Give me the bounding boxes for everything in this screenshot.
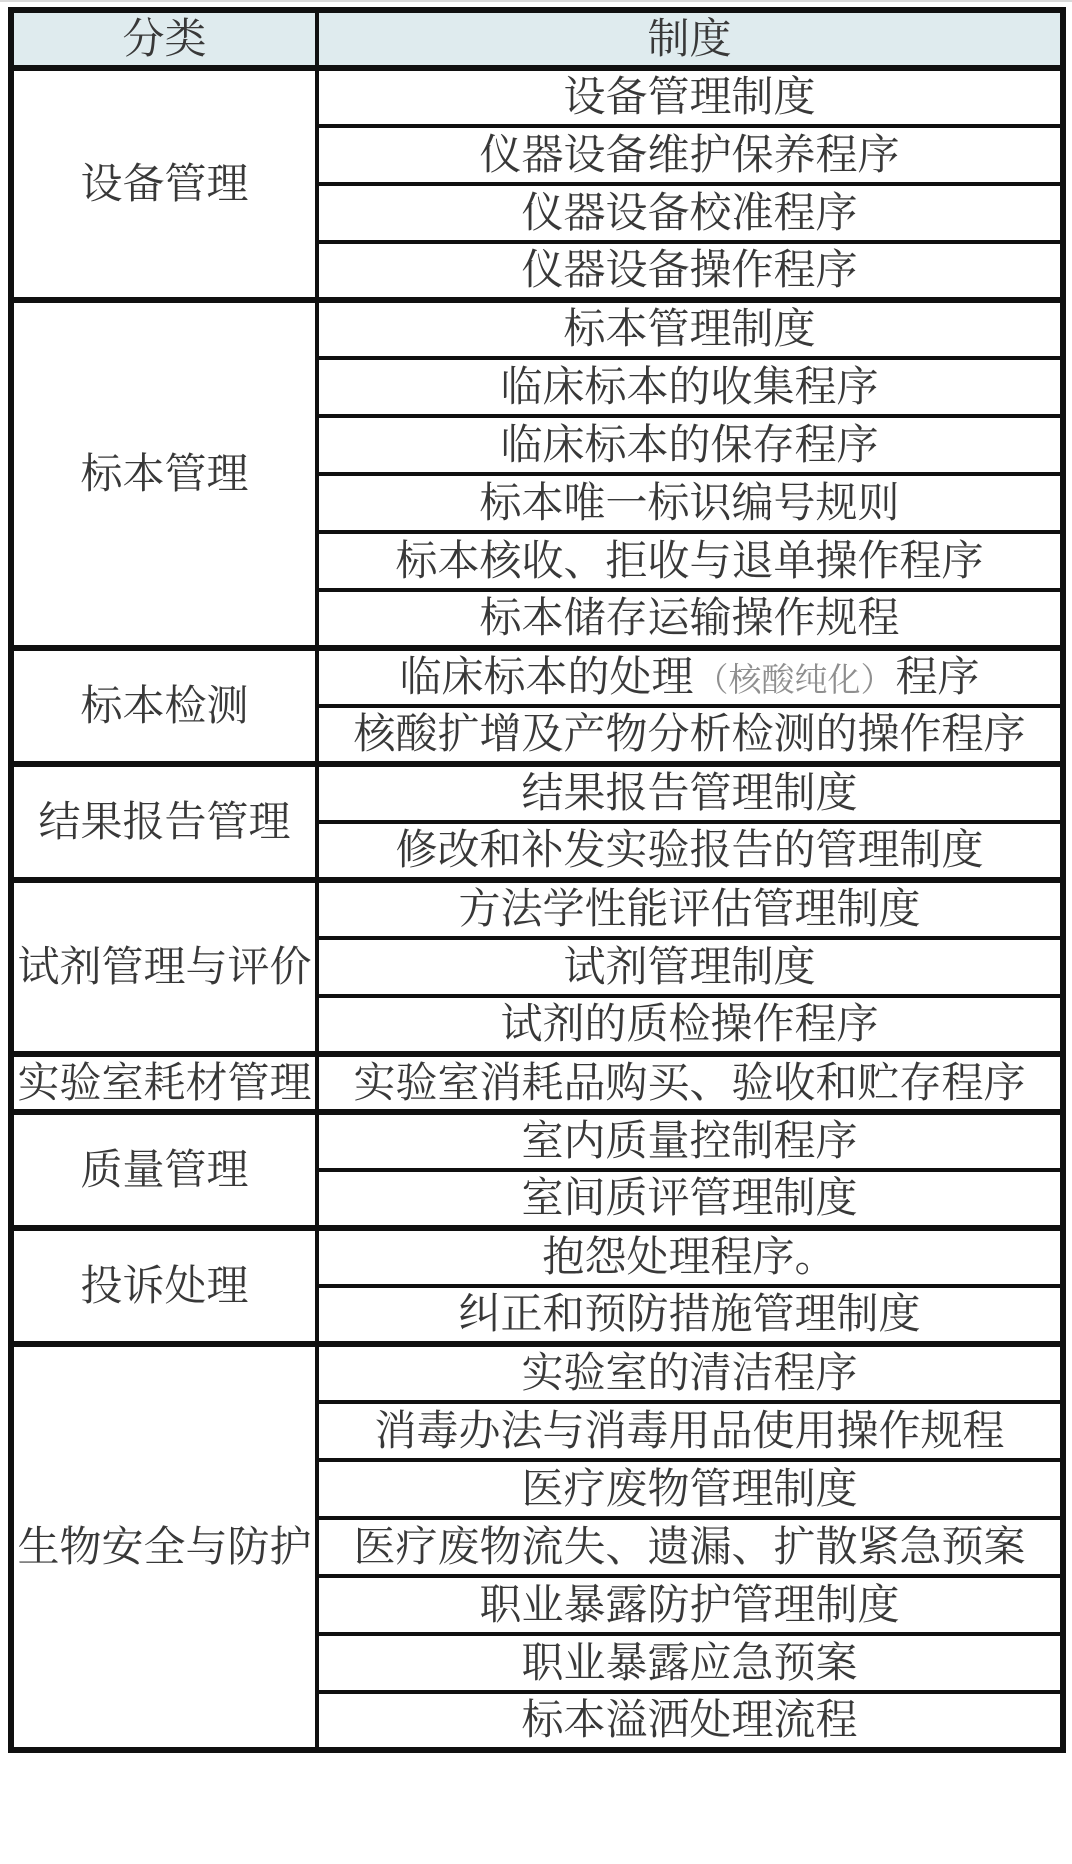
category-cell: 设备管理 <box>11 68 317 300</box>
table-row: 生物安全与防护 实验室的清洁程序 <box>11 1344 1063 1402</box>
column-header-category: 分类 <box>11 10 317 68</box>
system-cell: 职业暴露防护管理制度 <box>317 1576 1063 1634</box>
system-cell: 标本储存运输操作规程 <box>317 590 1063 648</box>
system-cell: 临床标本的保存程序 <box>317 416 1063 474</box>
system-cell: 修改和补发实验报告的管理制度 <box>317 822 1063 880</box>
system-cell: 设备管理制度 <box>317 68 1063 126</box>
system-cell: 仪器设备操作程序 <box>317 242 1063 300</box>
table-row: 结果报告管理 结果报告管理制度 <box>11 764 1063 822</box>
system-cell: 临床标本的处理（核酸纯化）程序 <box>317 648 1063 706</box>
system-cell: 实验室消耗品购买、验收和贮存程序 <box>317 1054 1063 1112</box>
category-cell: 标本检测 <box>11 648 317 764</box>
system-cell: 标本核收、拒收与退单操作程序 <box>317 532 1063 590</box>
system-cell: 试剂的质检操作程序 <box>317 996 1063 1054</box>
system-cell: 标本管理制度 <box>317 300 1063 358</box>
category-cell: 标本管理 <box>11 300 317 648</box>
system-cell: 标本唯一标识编号规则 <box>317 474 1063 532</box>
system-text-muted-note: （核酸纯化） <box>696 661 894 698</box>
system-cell: 医疗废物管理制度 <box>317 1460 1063 1518</box>
table-row: 试剂管理与评价 方法学性能评估管理制度 <box>11 880 1063 938</box>
system-cell: 室内质量控制程序 <box>317 1112 1063 1170</box>
system-cell: 标本溢洒处理流程 <box>317 1692 1063 1750</box>
crop-artifact-line <box>0 0 1072 2</box>
table-row: 实验室耗材管理 实验室消耗品购买、验收和贮存程序 <box>11 1054 1063 1112</box>
category-cell: 质量管理 <box>11 1112 317 1228</box>
system-cell: 核酸扩增及产物分析检测的操作程序 <box>317 706 1063 764</box>
system-cell: 仪器设备校准程序 <box>317 184 1063 242</box>
system-cell: 实验室的清洁程序 <box>317 1344 1063 1402</box>
system-cell: 纠正和预防措施管理制度 <box>317 1286 1063 1344</box>
system-cell: 抱怨处理程序。 <box>317 1228 1063 1286</box>
category-cell: 结果报告管理 <box>11 764 317 880</box>
system-cell: 结果报告管理制度 <box>317 764 1063 822</box>
system-cell: 医疗废物流失、遗漏、扩散紧急预案 <box>317 1518 1063 1576</box>
system-cell: 职业暴露应急预案 <box>317 1634 1063 1692</box>
header-row: 分类 制度 <box>11 10 1063 68</box>
system-cell: 临床标本的收集程序 <box>317 358 1063 416</box>
table-row: 投诉处理 抱怨处理程序。 <box>11 1228 1063 1286</box>
category-cell: 试剂管理与评价 <box>11 880 317 1054</box>
system-cell: 仪器设备维护保养程序 <box>317 126 1063 184</box>
table-row: 设备管理 设备管理制度 <box>11 68 1063 126</box>
system-cell: 室间质评管理制度 <box>317 1170 1063 1228</box>
system-text-tail: 程序 <box>896 653 980 700</box>
category-cell: 生物安全与防护 <box>11 1344 317 1750</box>
table-row: 标本检测 临床标本的处理（核酸纯化）程序 <box>11 648 1063 706</box>
system-text-main: 临床标本的处理 <box>399 653 693 700</box>
regulations-table: 分类 制度 设备管理 设备管理制度 仪器设备维护保养程序 仪器设备校准程序 仪器… <box>8 7 1066 1753</box>
system-cell: 方法学性能评估管理制度 <box>317 880 1063 938</box>
column-header-system: 制度 <box>317 10 1063 68</box>
category-cell: 投诉处理 <box>11 1228 317 1344</box>
table-row: 质量管理 室内质量控制程序 <box>11 1112 1063 1170</box>
system-cell: 试剂管理制度 <box>317 938 1063 996</box>
table-row: 标本管理 标本管理制度 <box>11 300 1063 358</box>
category-cell: 实验室耗材管理 <box>11 1054 317 1112</box>
system-cell: 消毒办法与消毒用品使用操作规程 <box>317 1402 1063 1460</box>
